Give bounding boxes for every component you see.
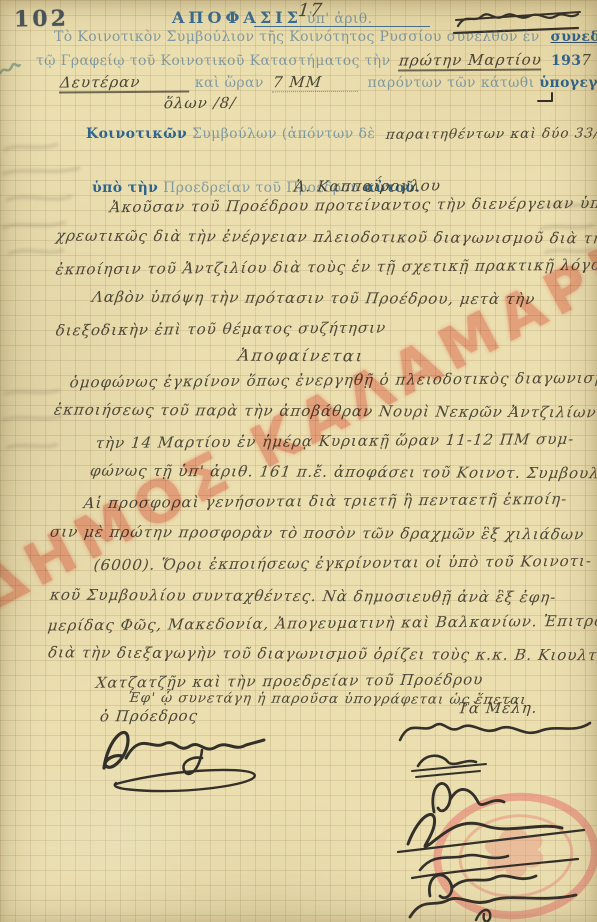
absent-note-handwritten: παραιτηθέντων καὶ δύο 33/35 )	[385, 125, 597, 143]
time-handwritten: 7 ΜΜ	[272, 73, 360, 93]
form-line-2-text: τῷ Γραφείῳ τοῦ Κοινοτικοῦ Καταστήματος τ…	[36, 53, 391, 69]
body-line: Αἱ προσφοραὶ γενήσονται διὰ τριετῆ ἢ πεν…	[83, 490, 568, 512]
verdict-word: Ἀποφαίνεται	[237, 346, 366, 366]
body-line: ἐκποίησιν τοῦ Ἀντζιλίου διὰ τοὺς ἐν τῇ σ…	[55, 256, 597, 279]
councillors-label: Συμβούλων (ἀπόντων δὲ	[192, 126, 375, 142]
form-line-1-text: Τὸ Κοινοτικὸν Συμβούλιον τῆς Κοινότητος …	[54, 29, 540, 45]
document-page: 102 ΑΠΟΦΑΣΙΣ ὑπ' ἀριθ. 17 Τὸ Κοινοτικὸν …	[0, 0, 597, 922]
form-line-3: Δευτέραν καὶ ὥραν 7 ΜΜ παρόντων τῶν κάτω…	[60, 73, 597, 93]
undersigned-text: ὑπογεγραμμένων	[539, 75, 597, 91]
present-text: παρόντων τῶν κάτωθι	[368, 75, 535, 91]
form-line-1: Τὸ Κοινοτικὸν Συμβούλιον τῆς Κοινότητος …	[54, 29, 597, 45]
decision-number-line: 17	[254, 4, 430, 27]
hour-label: καὶ ὥραν	[195, 75, 264, 91]
year-digit-handwritten: 7	[581, 51, 592, 69]
body-line: Χατζατζῆν καὶ τὴν προεδρείαν τοῦ Προέδρο…	[95, 670, 484, 691]
body-line: κοῦ Συμβουλίου συνταχθέντες. Νὰ δημοσιευ…	[49, 586, 558, 607]
communal-label: Κοινοτικῶν	[86, 126, 187, 142]
weekday-handwritten: Δευτέραν	[59, 73, 191, 94]
members-signatures	[388, 710, 596, 922]
meeting-date-handwritten: πρώτην Μαρτίου	[398, 51, 543, 72]
year-printed: 193	[551, 53, 581, 69]
body-line: Ἀκοῦσαν τοῦ Προέδρου προτείναντος τὴν δι…	[109, 194, 597, 216]
corner-mark-icon	[536, 92, 556, 104]
body-line: σιν μὲ πρώτην προσφορὰν τὸ ποσὸν τῶν δρα…	[49, 523, 585, 544]
body-line: (6000). Ὅροι ἐκποιήσεως ἐγκρίνονται οἱ ὑ…	[93, 552, 593, 574]
form-line-2: τῷ Γραφείῳ τοῦ Κοινοτικοῦ Καταστήματος τ…	[36, 51, 597, 71]
body-line: διὰ τὴν διεξαγωγὴν τοῦ διαγωνισμοῦ ὁρίζε…	[47, 643, 597, 664]
bleedthrough-ghost	[0, 130, 95, 270]
decision-number-handwritten: 17	[297, 0, 324, 21]
members-count-handwritten: ὅλων /8/	[163, 94, 237, 113]
body-line: χρεωτικῶς διὰ τὴν ἐνέργειαν πλειοδοτικοῦ…	[55, 227, 597, 248]
body-line: φώνως τῇ ὑπ' ἀριθ. 161 π.ἔ. ἀποφάσει τοῦ…	[89, 462, 597, 483]
body-line: ὁμοφώνως ἐγκρίνον ὅπως ἐνεργηθῇ ὁ πλειοδ…	[69, 369, 597, 392]
margin-mark-icon	[0, 56, 22, 82]
body-line: τὴν 14 Μαρτίου ἐν ἡμέρᾳ Κυριακῇ ὥραν 11-…	[95, 430, 575, 452]
form-line-4: Κοινοτικῶν Συμβούλων (ἀπόντων δὲ παραιτη…	[86, 126, 597, 142]
president-signature	[82, 712, 292, 804]
president-name-handwritten: Ἀ. Καππαΐρογλου	[293, 176, 442, 195]
body-line: διεξοδικὴν ἐπὶ τοῦ θέματος συζήτησιν	[55, 319, 387, 340]
form-line-1-bold: συνεδριάσει ἐν	[550, 29, 597, 45]
body-line: μερίδας Φῶς, Μακεδονία, Ἀπογευματινὴ καὶ…	[47, 611, 597, 634]
body-line: ἐκποιήσεως τοῦ παρὰ τὴν ἀποβάθραν Νουρὶ …	[53, 401, 597, 422]
presidency-bold-1: ὑπὸ τὴν	[92, 180, 158, 196]
body-line: Λαβὸν ὑπόψη τὴν πρότασιν τοῦ Προέδρου, μ…	[91, 288, 537, 308]
bleedthrough-ghost	[0, 380, 70, 470]
